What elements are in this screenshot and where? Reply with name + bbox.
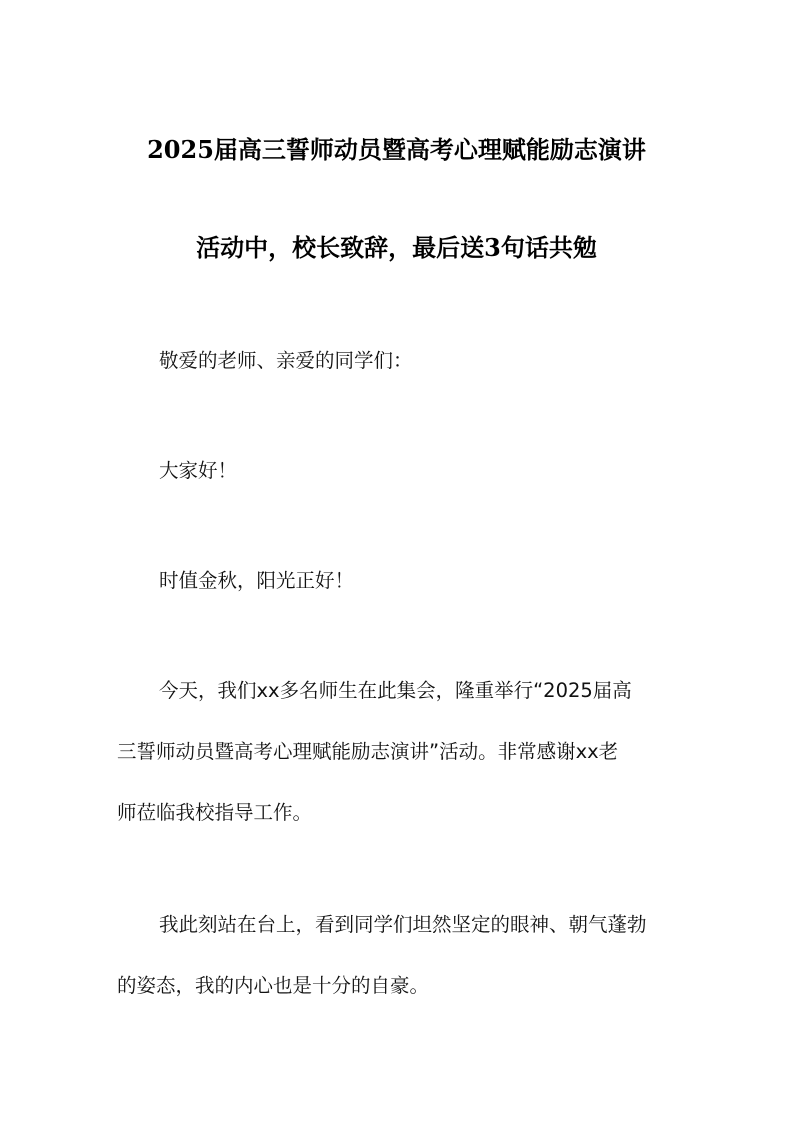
- paragraph-line: 师莅临我校指导工作。: [117, 782, 679, 843]
- document-title-line-1: 2025届高三誓师动员暨高考心理赋能励志演讲: [0, 134, 793, 166]
- paragraph-line: 敬爱的老师、亲爱的同学们：: [117, 330, 679, 391]
- paragraph-event-intro: 今天，我们xx多名师生在此集会，隆重举行“2025届高 三誓师动员暨高考心理赋能…: [117, 660, 679, 843]
- paragraph-line: 我此刻站在台上，看到同学们坦然坚定的眼神、朝气蓬勃: [117, 894, 679, 955]
- paragraph-line: 三誓师动员暨高考心理赋能励志演讲”活动。非常感谢xx老: [117, 721, 679, 782]
- document-title-line-2: 活动中，校长致辞，最后送3句话共勉: [0, 232, 793, 264]
- paragraph-greeting: 大家好！: [117, 440, 679, 501]
- paragraph-line: 大家好！: [117, 440, 679, 501]
- paragraph-line: 的姿态，我的内心也是十分的自豪。: [117, 955, 679, 1016]
- paragraph-line: 时值金秋，阳光正好！: [117, 550, 679, 611]
- paragraph-line: 今天，我们xx多名师生在此集会，隆重举行“2025届高: [117, 660, 679, 721]
- paragraph-season: 时值金秋，阳光正好！: [117, 550, 679, 611]
- document-page: 2025届高三誓师动员暨高考心理赋能励志演讲 活动中，校长致辞，最后送3句话共勉…: [0, 0, 793, 1122]
- paragraph-pride: 我此刻站在台上，看到同学们坦然坚定的眼神、朝气蓬勃 的姿态，我的内心也是十分的自…: [117, 894, 679, 1016]
- paragraph-salutation: 敬爱的老师、亲爱的同学们：: [117, 330, 679, 391]
